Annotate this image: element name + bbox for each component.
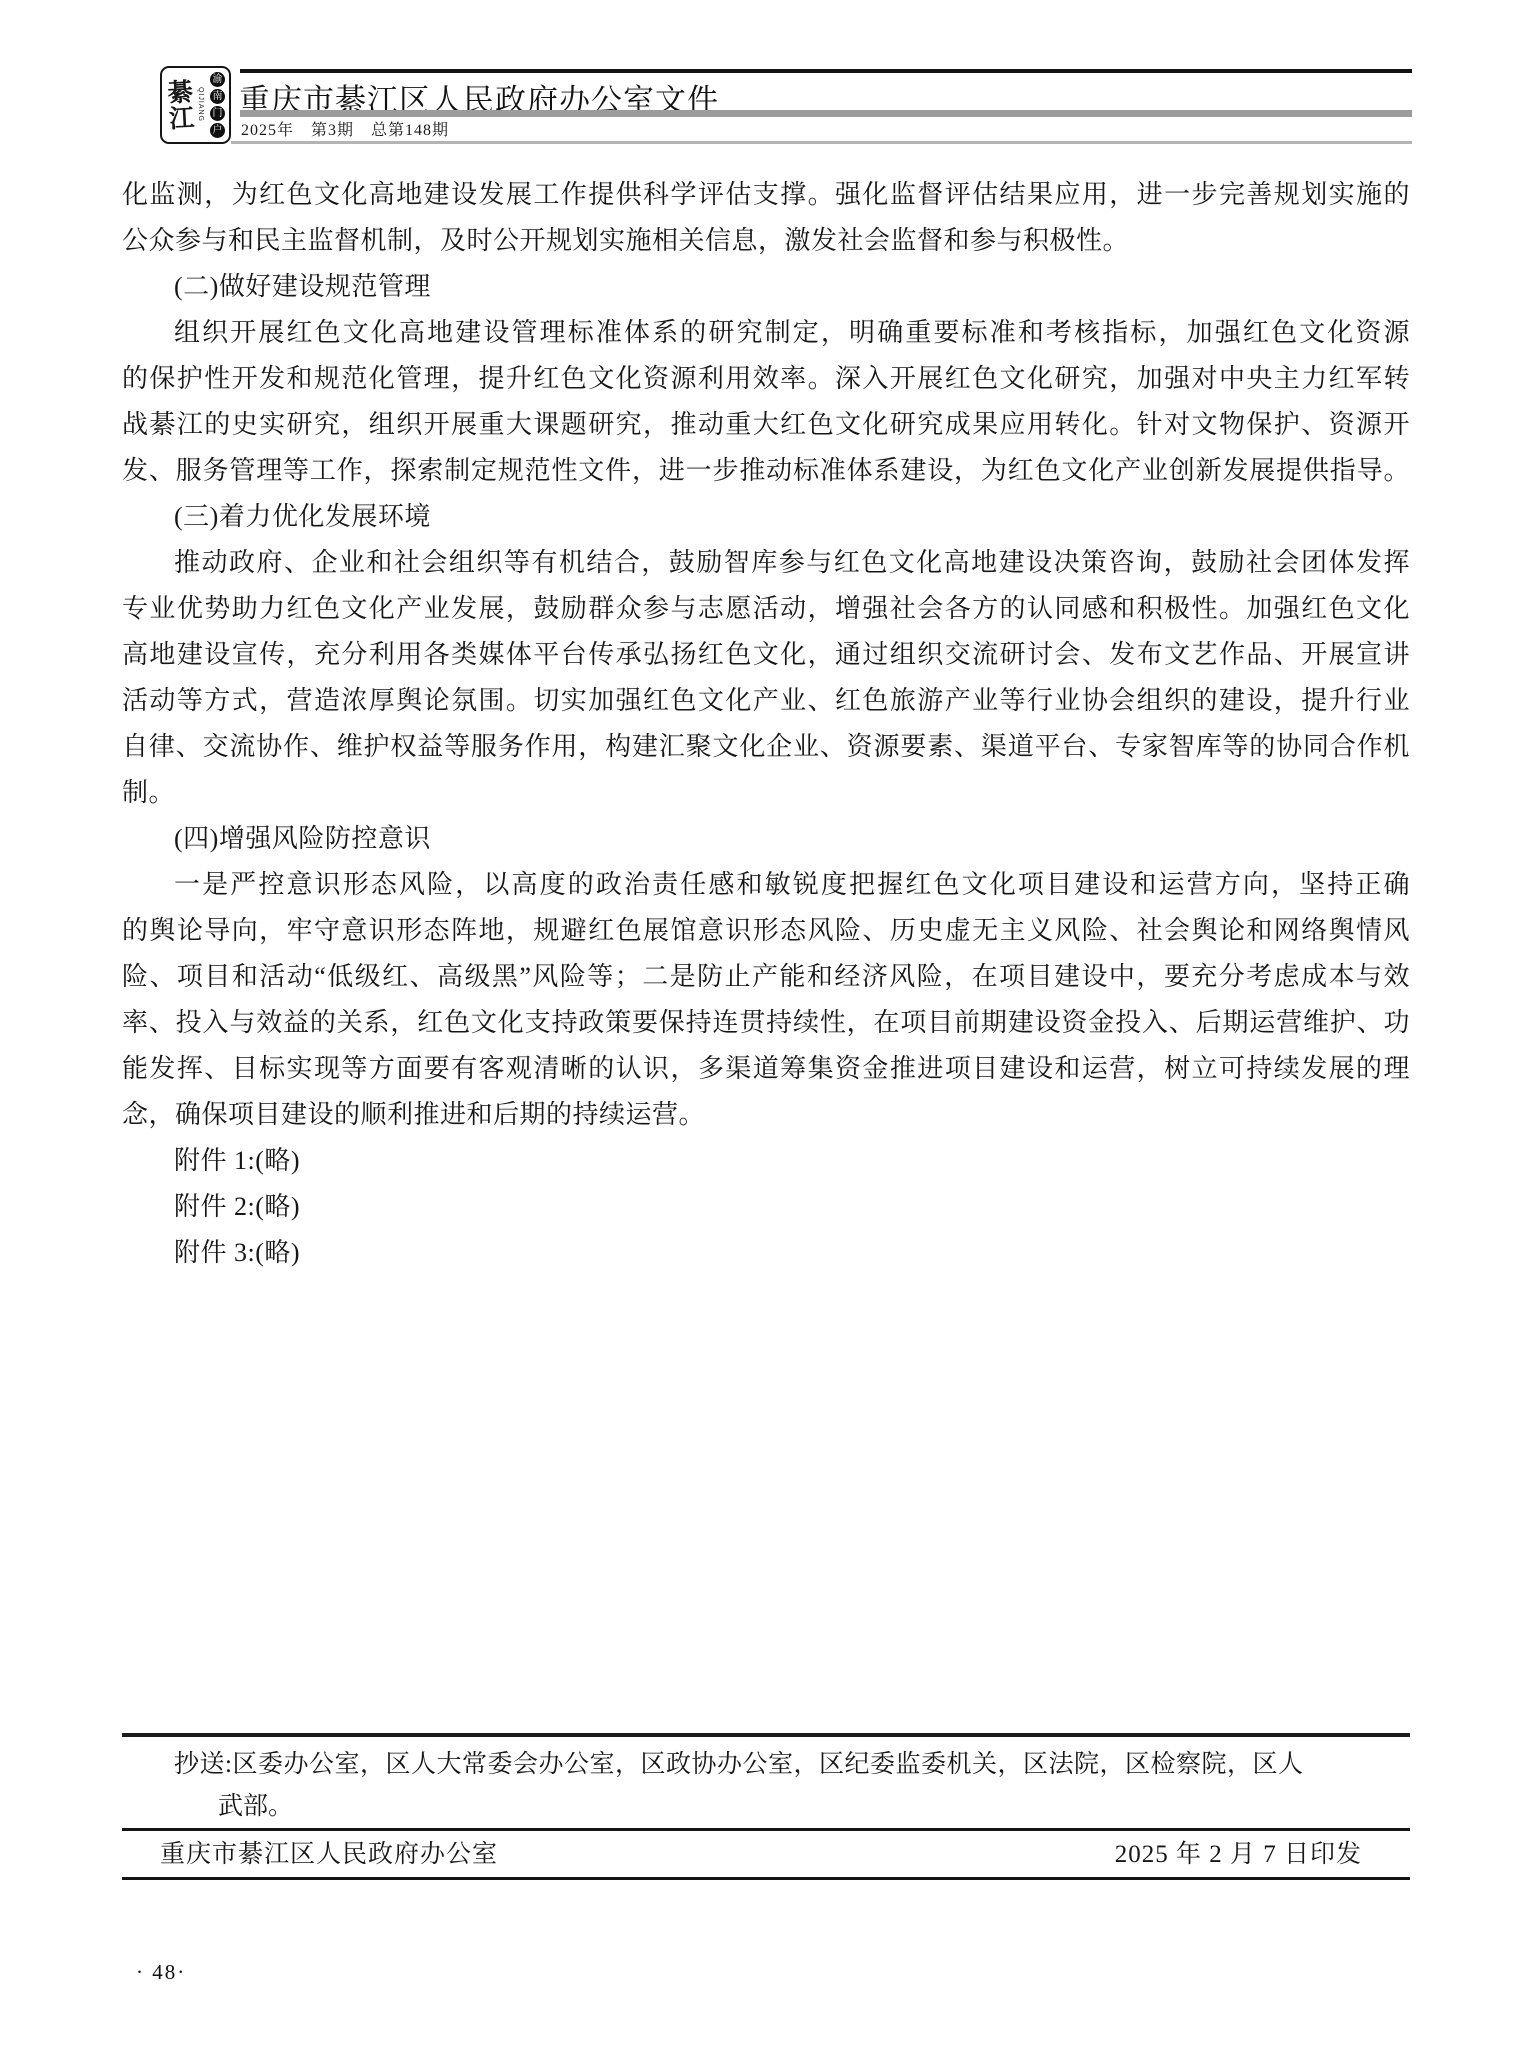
issue-info-line: 2025年 第3期 总第148期 xyxy=(241,117,449,140)
body-line: 能发挥、目标实现等方面要有客观清晰的认识，多渠道筹集资金推进项目建设和运营，树立… xyxy=(122,1046,1410,1092)
body-line: 念，确保项目建设的顺利推进和后期的持续运营。 xyxy=(122,1092,1410,1138)
body-line: 率、投入与效益的关系，红色文化支持政策要保持连贯持续性，在项目前期建设资金投入、… xyxy=(122,1000,1410,1046)
document-page: 綦江 QIJIANG 渝南门户 重庆市綦江区人民政府办公室文件 2025年 第3… xyxy=(0,0,1530,2062)
body-line: 化监测，为红色文化高地建设发展工作提供科学评估支撑。强化监督评估结果应用，进一步… xyxy=(122,172,1410,218)
document-body: 化监测，为红色文化高地建设发展工作提供科学评估支撑。强化监督评估结果应用，进一步… xyxy=(122,172,1410,1276)
body-line: 战綦江的史实研究，组织开展重大课题研究，推动重大红色文化研究成果应用转化。针对文… xyxy=(122,402,1410,448)
footer-lower-rule xyxy=(122,1877,1410,1880)
body-line: 附件 3:(略) xyxy=(122,1230,1410,1276)
print-date: 2025 年 2 月 7 日印发 xyxy=(1115,1834,1362,1876)
masthead-bottom-rule xyxy=(231,141,1412,144)
body-line: (二)做好建设规范管理 xyxy=(122,264,1410,310)
logo-seal-char: 户 xyxy=(210,123,225,138)
body-line: (四)增强风险防控意识 xyxy=(122,816,1410,862)
body-line: 自律、交流协作、维护权益等服务作用，构建汇聚文化企业、资源要素、渠道平台、专家智… xyxy=(122,724,1410,770)
body-line: 专业优势助力红色文化产业发展，鼓励群众参与志愿活动，增强社会各方的认同感和积极性… xyxy=(122,586,1410,632)
masthead-gray-bar xyxy=(240,110,1412,117)
body-line: 一是严控意识形态风险，以高度的政治责任感和敏锐度把握红色文化项目建设和运营方向，… xyxy=(122,862,1410,908)
logo-romanization: QIJIANG xyxy=(197,87,204,122)
body-line: 组织开展红色文化高地建设管理标准体系的研究制定，明确重要标准和考核指标，加强红色… xyxy=(122,310,1410,356)
issuing-office: 重庆市綦江区人民政府办公室 xyxy=(160,1834,498,1876)
body-line: 的舆论导向，牢守意识形态阵地，规避红色展馆意识形态风险、历史虚无主义风险、社会舆… xyxy=(122,908,1410,954)
body-line: 发、服务管理等工作，探索制定规范性文件，进一步推动标准体系建设，为红色文化产业创… xyxy=(122,448,1410,494)
copy-note-line-1: 抄送:区委办公室，区人大常委会办公室，区政协办公室，区纪委监委机关，区法院，区检… xyxy=(122,1744,1410,1786)
body-line: 活动等方式，营造浓厚舆论氛围。切实加强红色文化产业、红色旅游产业等行业协会组织的… xyxy=(122,678,1410,724)
copy-note-top-rule xyxy=(122,1733,1410,1737)
footer-upper-rule xyxy=(122,1828,1410,1831)
masthead-top-rule xyxy=(240,69,1412,73)
body-line: 推动政府、企业和社会组织等有机结合，鼓励智库参与红色文化高地建设决策咨询，鼓励社… xyxy=(122,540,1410,586)
logo-seal-char: 门 xyxy=(210,106,225,121)
body-line: 的保护性开发和规范化管理，提升红色文化资源利用效率。深入开展红色文化研究，加强对… xyxy=(122,356,1410,402)
body-line: 制。 xyxy=(122,770,1410,816)
logo-seal-char: 渝 xyxy=(210,72,225,87)
logo-seal-column: 渝南门户 xyxy=(210,72,225,138)
body-line: 高地建设宣传，充分利用各类媒体平台传承弘扬红色文化，通过组织交流研讨会、发布文艺… xyxy=(122,632,1410,678)
body-line: (三)着力优化发展环境 xyxy=(122,494,1410,540)
body-line: 险、项目和活动“低级红、高级黑”风险等；二是防止产能和经济风险，在项目建设中，要… xyxy=(122,954,1410,1000)
body-line: 附件 2:(略) xyxy=(122,1184,1410,1230)
body-line: 附件 1:(略) xyxy=(122,1138,1410,1184)
footer-row: 重庆市綦江区人民政府办公室 2025 年 2 月 7 日印发 xyxy=(122,1834,1410,1876)
body-line: 公众参与和民主监督机制，及时公开规划实施相关信息，激发社会监督和参与积极性。 xyxy=(122,218,1410,264)
logo-qijiang-characters: 綦江 xyxy=(165,78,193,131)
logo-seal-char: 南 xyxy=(210,89,225,104)
copy-note-line-2: 武部。 xyxy=(122,1786,1410,1828)
page-number: · 48· xyxy=(136,1960,186,1985)
qijiang-seal-logo: 綦江 QIJIANG 渝南门户 xyxy=(160,66,231,144)
